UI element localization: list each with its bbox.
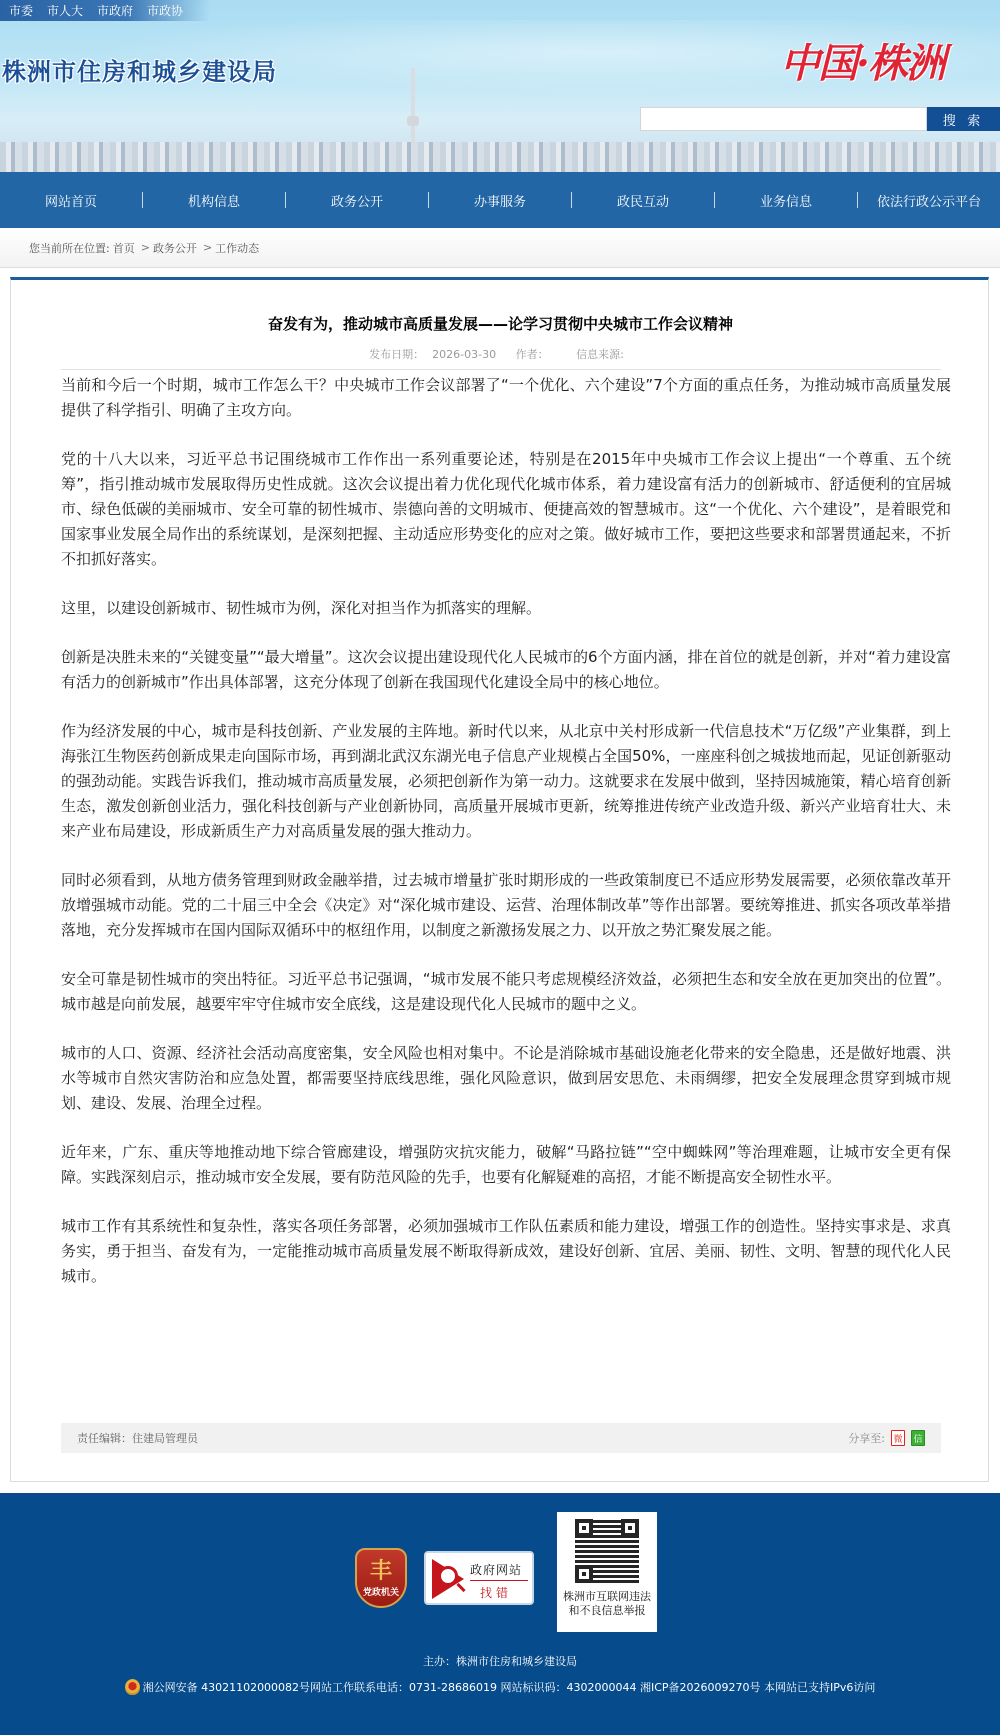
article-container: 奋发有为，推动城市高质量发展——论学习贯彻中央城市工作会议精神 发布日期：202… (10, 277, 989, 1482)
breadcrumb-item-government-affairs[interactable]: 政务公开 (153, 240, 197, 256)
error-badge-line2: 找错 (480, 1584, 512, 1601)
breadcrumb-label: 您当前所在位置: (29, 240, 110, 256)
site-header: 市委 市人大 市政府 市政协 株洲市住房和城乡建设局 中国·株洲 搜 索 (0, 0, 1000, 172)
share-section: 分享至: 微 信 (848, 1430, 925, 1446)
top-link-peoples-congress[interactable]: 市人大 (47, 2, 83, 19)
report-qr-box[interactable]: 株洲市互联网违法 和不良信息举报 (557, 1512, 657, 1632)
article-paragraph: 创新是决胜未来的“关键变量”“最大增量”。这次会议提出建设现代化人民城市的6个方… (61, 645, 951, 695)
article-paragraph: 安全可靠是韧性城市的突出特征。习近平总书记强调，“城市发展不能只考虑规模经济效益… (61, 967, 951, 1017)
site-footer: 丰 党政机关 政府网站 找错 株洲市互联网违法 和不良信息举报 主办：株洲市住房… (0, 1493, 1000, 1735)
icp-info: 湘公网安备 43021102000082号网站工作联系电话：0731-28686… (0, 1679, 1000, 1695)
nav-item-government-affairs[interactable]: 政务公开 (286, 191, 428, 210)
editor-name: 住建局管理员 (132, 1432, 198, 1445)
qr-finder (575, 1519, 593, 1537)
error-badge-line1: 政府网站 (470, 1561, 522, 1578)
article-body: 当前和今后一个时期，城市工作怎么干？中央城市工作会议部署了“一个优化、六个建设”… (61, 373, 951, 1313)
breadcrumb: 您当前所在位置: 首页 > 政务公开 > 工作动态 (0, 228, 1000, 268)
party-emblem-icon: 丰 (370, 1561, 392, 1583)
top-link-government[interactable]: 市政府 (97, 2, 133, 19)
nav-item-home[interactable]: 网站首页 (0, 191, 142, 210)
top-link-cppcc[interactable]: 市政协 (147, 2, 183, 19)
share-label: 分享至: (848, 1430, 885, 1446)
gov-site-error-report-badge[interactable]: 政府网站 找错 (424, 1551, 534, 1605)
qr-caption: 株洲市互联网违法 和不良信息举报 (563, 1590, 651, 1618)
host-name: 株洲市住房和城乡建设局 (456, 1655, 577, 1668)
qr-caption-line1: 株洲市互联网违法 (563, 1590, 651, 1604)
article-paragraph: 这里，以建设创新城市、韧性城市为例，深化对担当作为抓落实的理解。 (61, 596, 951, 621)
article-meta: 发布日期：2026-03-30 作者： 信息来源: (11, 346, 990, 362)
article-title: 奋发有为，推动城市高质量发展——论学习贯彻中央城市工作会议精神 (11, 313, 990, 334)
host-info: 主办：株洲市住房和城乡建设局 (0, 1653, 1000, 1669)
tv-tower-head-decoration (407, 116, 419, 126)
qr-finder (575, 1565, 593, 1583)
qr-code-icon (575, 1519, 639, 1583)
qr-finder (621, 1519, 639, 1537)
party-badge-text: 党政机关 (363, 1585, 399, 1598)
title-divider (61, 369, 941, 370)
article-paragraph: 当前和今后一个时期，城市工作怎么干？中央城市工作会议部署了“一个优化、六个建设”… (61, 373, 951, 423)
breadcrumb-item-work-news[interactable]: 工作动态 (215, 240, 259, 256)
nav-item-interaction[interactable]: 政民互动 (572, 191, 714, 210)
publish-date: 2026-03-30 (432, 348, 496, 361)
article-paragraph: 同时必须看到，从地方债务管理到财政金融举措，过去城市增量扩张时期形成的一些政策制… (61, 868, 951, 943)
breadcrumb-separator: > (141, 241, 150, 254)
breadcrumb-separator: > (203, 241, 212, 254)
qr-caption-line2: 和不良信息举报 (563, 1604, 651, 1618)
top-links-bar: 市委 市人大 市政府 市政协 (0, 0, 210, 21)
article-paragraph: 党的十八大以来，习近平总书记围绕城市工作作出一系列重要论述，特别是在2015年中… (61, 447, 951, 572)
wechat-icon[interactable]: 信 (911, 1430, 925, 1446)
host-label: 主办： (423, 1655, 456, 1668)
search-button[interactable]: 搜 索 (927, 107, 1000, 131)
author-label: 作者： (516, 348, 549, 361)
search-input[interactable] (640, 107, 927, 131)
nav-item-services[interactable]: 办事服务 (429, 191, 571, 210)
source-label: 信息来源: (576, 348, 624, 361)
article-paragraph: 城市的人口、资源、经济社会活动高度密集，安全风险也相对集中。不论是消除城市基础设… (61, 1041, 951, 1116)
party-government-badge[interactable]: 丰 党政机关 (355, 1548, 407, 1608)
magnifier-icon (438, 1566, 458, 1586)
editor-label: 责任编辑： (77, 1432, 132, 1445)
nav-item-law-platform[interactable]: 依法行政公示平台 (858, 191, 1000, 210)
error-badge-divider (470, 1580, 528, 1581)
police-badge-icon (125, 1679, 140, 1695)
date-label: 发布日期： (369, 348, 424, 361)
article-paragraph: 作为经济发展的中心，城市是科技创新、产业发展的主阵地。新时代以来，从北京中关村形… (61, 719, 951, 844)
editor-bar: 责任编辑：住建局管理员 分享至: 微 信 (61, 1423, 941, 1453)
main-nav: 网站首页 机构信息 政务公开 办事服务 政民互动 业务信息 依法行政公示平台 (0, 172, 1000, 228)
top-link-party-committee[interactable]: 市委 (9, 2, 33, 19)
article-paragraph: 近年来，广东、重庆等地推动地下综合管廊建设，增强防灾抗灾能力，破解“马路拉链”“… (61, 1140, 951, 1190)
search-form: 搜 索 (640, 107, 1000, 131)
breadcrumb-item-home[interactable]: 首页 (113, 240, 135, 256)
city-skyline (0, 142, 1000, 172)
editor-info: 责任编辑：住建局管理员 (77, 1430, 198, 1446)
weibo-icon[interactable]: 微 (891, 1430, 905, 1446)
nav-item-business-info[interactable]: 业务信息 (715, 191, 857, 210)
site-title: 株洲市住房和城乡建设局 (2, 52, 277, 87)
tv-tower-decoration (411, 68, 415, 148)
icp-text[interactable]: 湘公网安备 43021102000082号网站工作联系电话：0731-28686… (143, 1679, 876, 1695)
nav-item-organization[interactable]: 机构信息 (143, 191, 285, 210)
article-paragraph: 城市工作有其系统性和复杂性，落实各项任务部署，必须加强城市工作队伍素质和能力建设… (61, 1214, 951, 1289)
china-zhuzhou-logo: 中国·株洲 (780, 32, 944, 89)
